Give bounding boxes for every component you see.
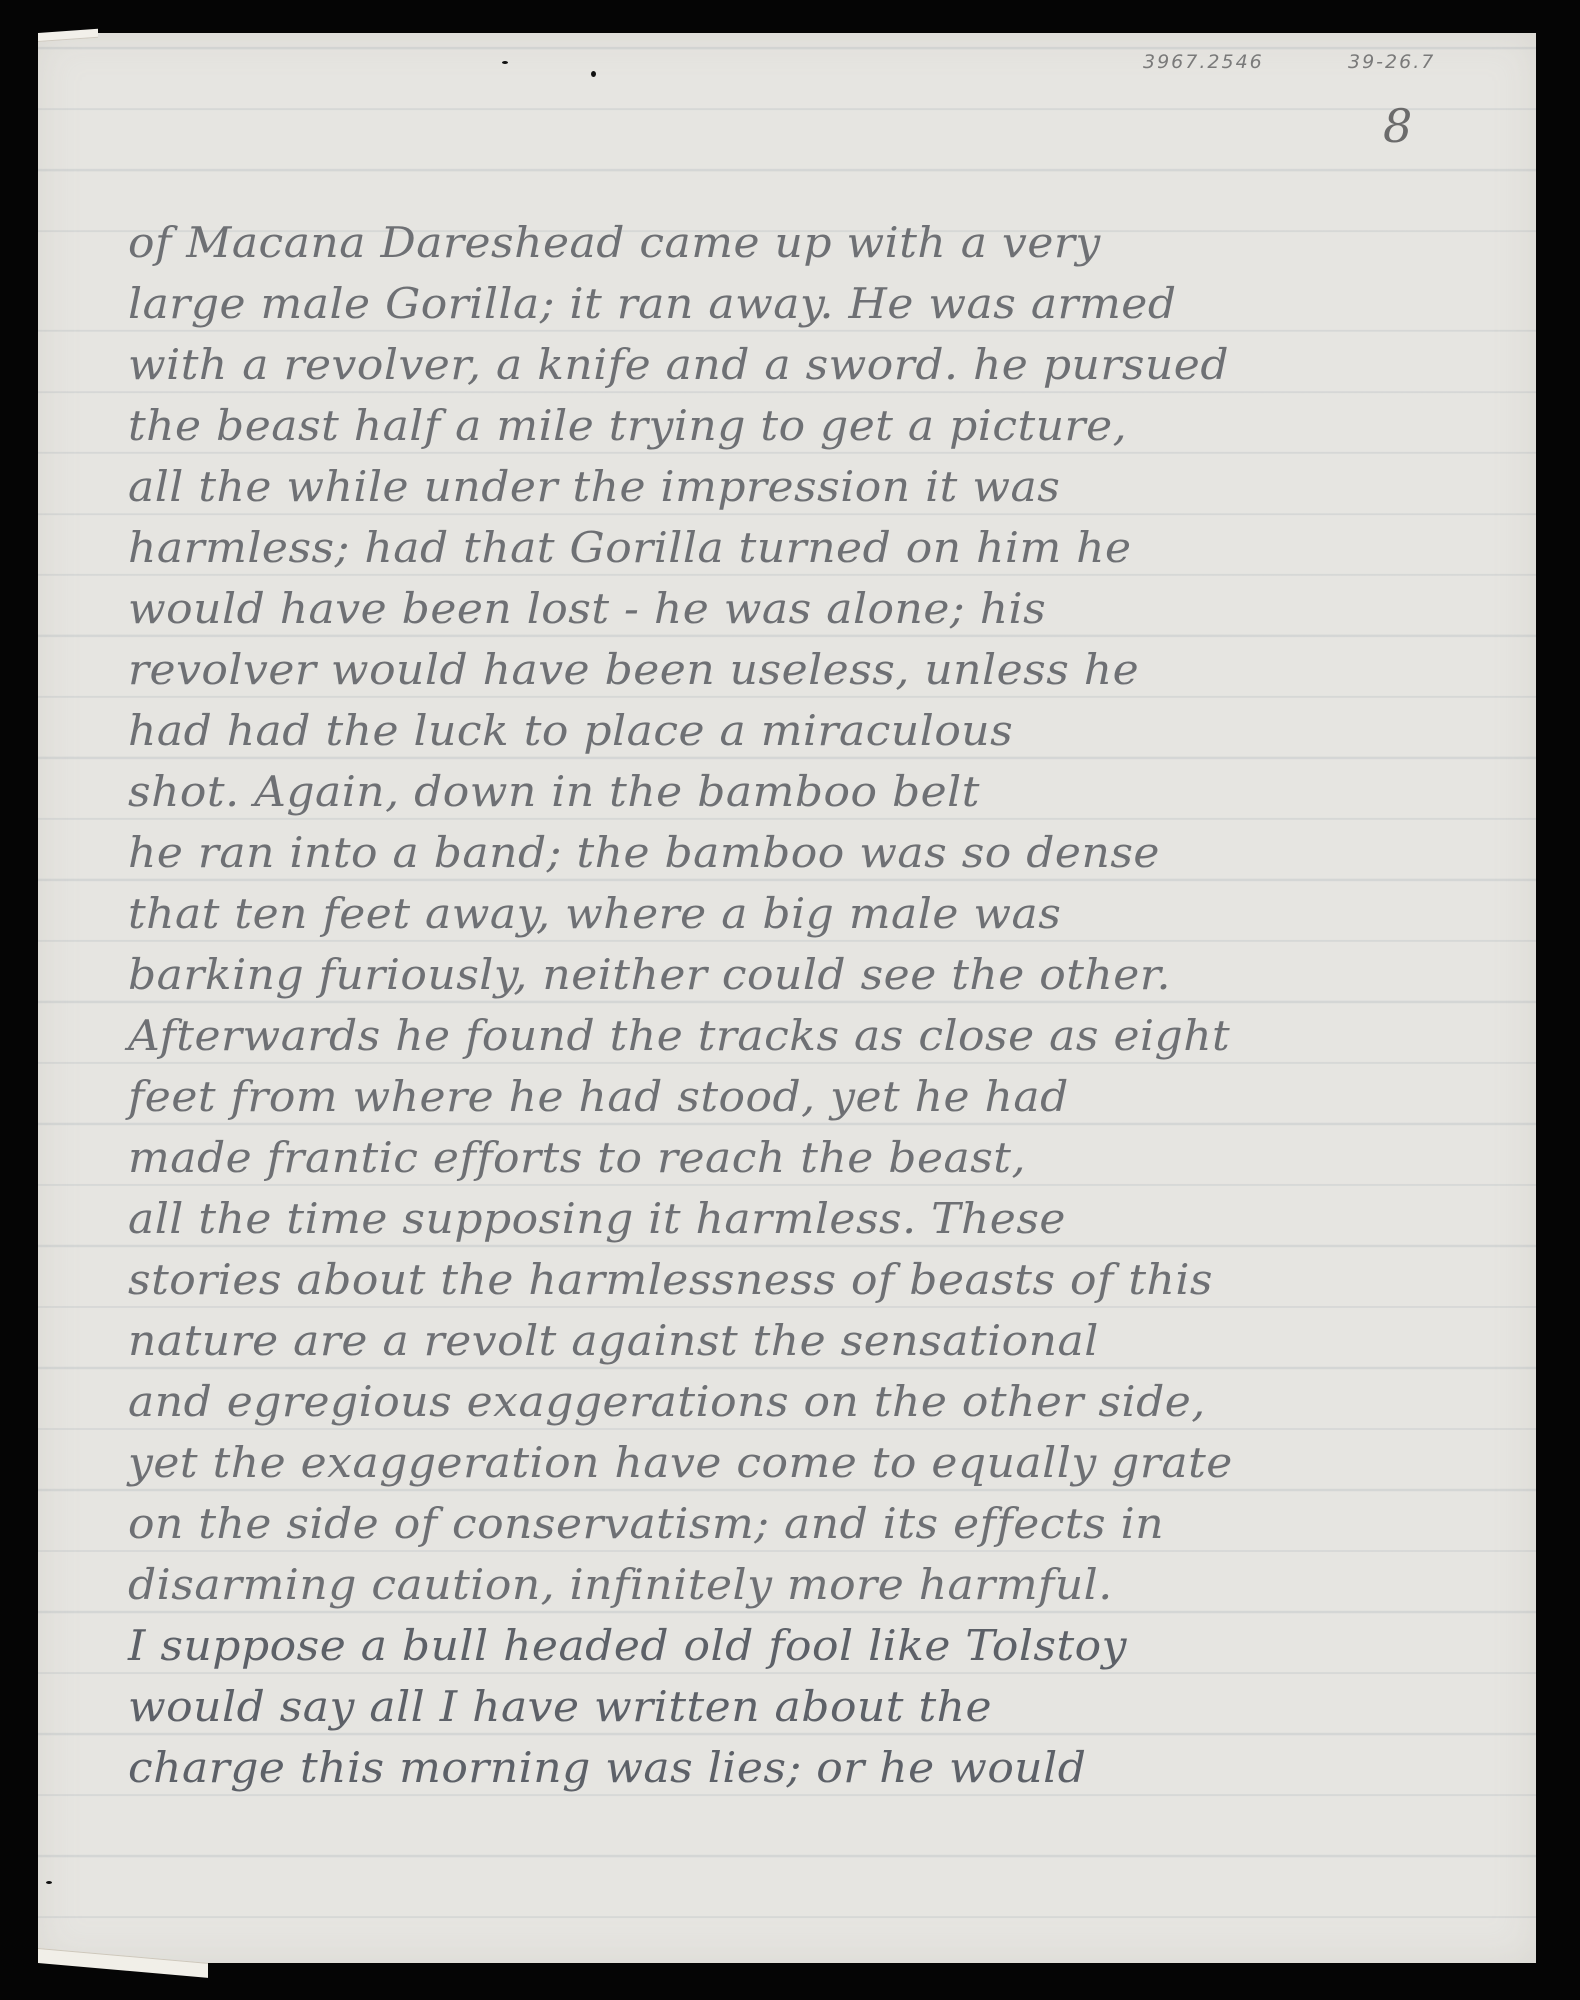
text-line: disarming caution, infinitely more harmf…	[128, 1556, 1528, 1614]
ink-speck	[502, 61, 508, 64]
catalog-number-secondary: 39-26.7	[1348, 51, 1435, 73]
text-line: yet the exaggeration have come to equall…	[128, 1434, 1528, 1492]
text-line: that ten feet away, where a big male was	[128, 885, 1528, 943]
text-line: he ran into a band; the bamboo was so de…	[128, 824, 1528, 882]
ink-speck	[46, 1881, 52, 1884]
text-line: would say all I have written about the	[128, 1678, 1528, 1736]
text-line: on the side of conservatism; and its eff…	[128, 1495, 1528, 1553]
torn-corner-top-left	[38, 29, 98, 42]
manuscript-page: 3967.2546 39-26.7 8 of Macana Dareshead …	[38, 33, 1536, 1963]
handwritten-body: of Macana Dareshead came up with a very …	[128, 211, 1528, 1797]
text-line: charge this morning was lies; or he woul…	[128, 1739, 1528, 1797]
text-line: large male Gorilla; it ran away. He was …	[128, 275, 1528, 333]
text-line: I suppose a bull headed old fool like To…	[128, 1617, 1528, 1675]
text-line: had had the luck to place a miraculous	[128, 702, 1528, 760]
text-line: nature are a revolt against the sensatio…	[128, 1312, 1528, 1370]
page-number: 8	[1383, 99, 1412, 153]
text-line: of Macana Dareshead came up with a very	[128, 214, 1528, 272]
ink-speck	[591, 71, 596, 77]
text-line: with a revolver, a knife and a sword. he…	[128, 336, 1528, 394]
text-line: all the time supposing it harmless. Thes…	[128, 1190, 1528, 1248]
text-line: revolver would have been useless, unless…	[128, 641, 1528, 699]
text-line: shot. Again, down in the bamboo belt	[128, 763, 1528, 821]
text-line: stories about the harmlessness of beasts…	[128, 1251, 1528, 1309]
text-line: Afterwards he found the tracks as close …	[128, 1007, 1528, 1065]
text-line: harmless; had that Gorilla turned on him…	[128, 519, 1528, 577]
text-line: made frantic efforts to reach the beast,	[128, 1129, 1528, 1187]
text-line: barking furiously, neither could see the…	[128, 946, 1528, 1004]
torn-corner-bottom-left	[38, 1948, 208, 1978]
catalog-number-primary: 3967.2546	[1143, 51, 1264, 73]
text-line: feet from where he had stood, yet he had	[128, 1068, 1528, 1126]
text-line: all the while under the impression it wa…	[128, 458, 1528, 516]
text-line: would have been lost - he was alone; his	[128, 580, 1528, 638]
text-line: the beast half a mile trying to get a pi…	[128, 397, 1528, 455]
text-line: and egregious exaggerations on the other…	[128, 1373, 1528, 1431]
